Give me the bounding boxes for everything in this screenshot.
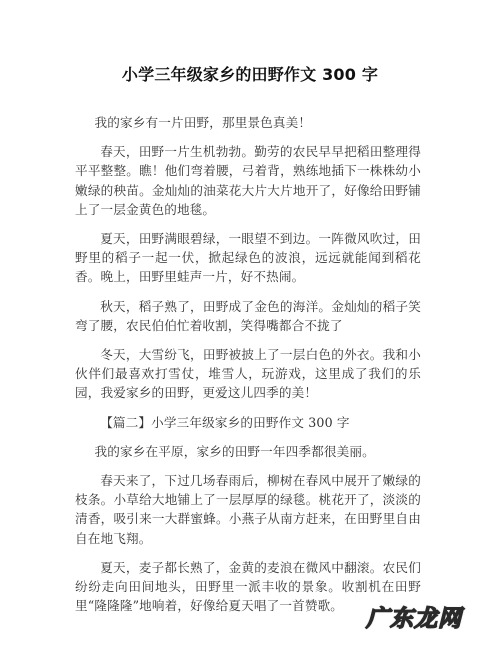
paragraph-part-two-spring: 春天来了，下过几场春雨后，柳树在春风中展开了嫩绿的枝条。小草给大地铺上了一层厚厚… [75,471,421,548]
paragraph-part-two-intro: 我的家乡在平原，家乡的田野一年四季都很美丽。 [75,442,421,461]
paragraph-winter: 冬天，大雪纷飞，田野被披上了一层白色的外衣。我和小伙伴们最喜欢打雪仗，堆雪人，玩… [75,345,421,403]
paragraph-autumn: 秋天，稻子熟了，田野成了金色的海洋。金灿灿的稻子笑弯了腰，农民伯伯忙着收割，笑得… [75,297,421,335]
paragraph-spring: 春天，田野一片生机勃勃。勤劳的农民早早把稻田整理得平平整整。瞧！他们弯着腰，弓着… [75,142,421,219]
paragraph-intro: 我的家乡有一片田野，那里景色真美！ [75,113,421,132]
section-heading-part-two: 【篇二】小学三年级家乡的田野作文 300 字 [75,413,421,432]
site-watermark-logo: 广东龙网 [366,600,462,633]
document-page: 小学三年级家乡的田野作文 300 字 我的家乡有一片田野，那里景色真美！ 春天，… [0,0,500,647]
paragraph-summer: 夏天，田野满眼碧绿，一眼望不到边。一阵微风吹过，田野里的稻子一起一伏，掀起绿色的… [75,229,421,287]
document-body: 我的家乡有一片田野，那里景色真美！ 春天，田野一片生机勃勃。勤劳的农民早早把稻田… [75,113,421,625]
document-title: 小学三年级家乡的田野作文 300 字 [0,62,500,85]
